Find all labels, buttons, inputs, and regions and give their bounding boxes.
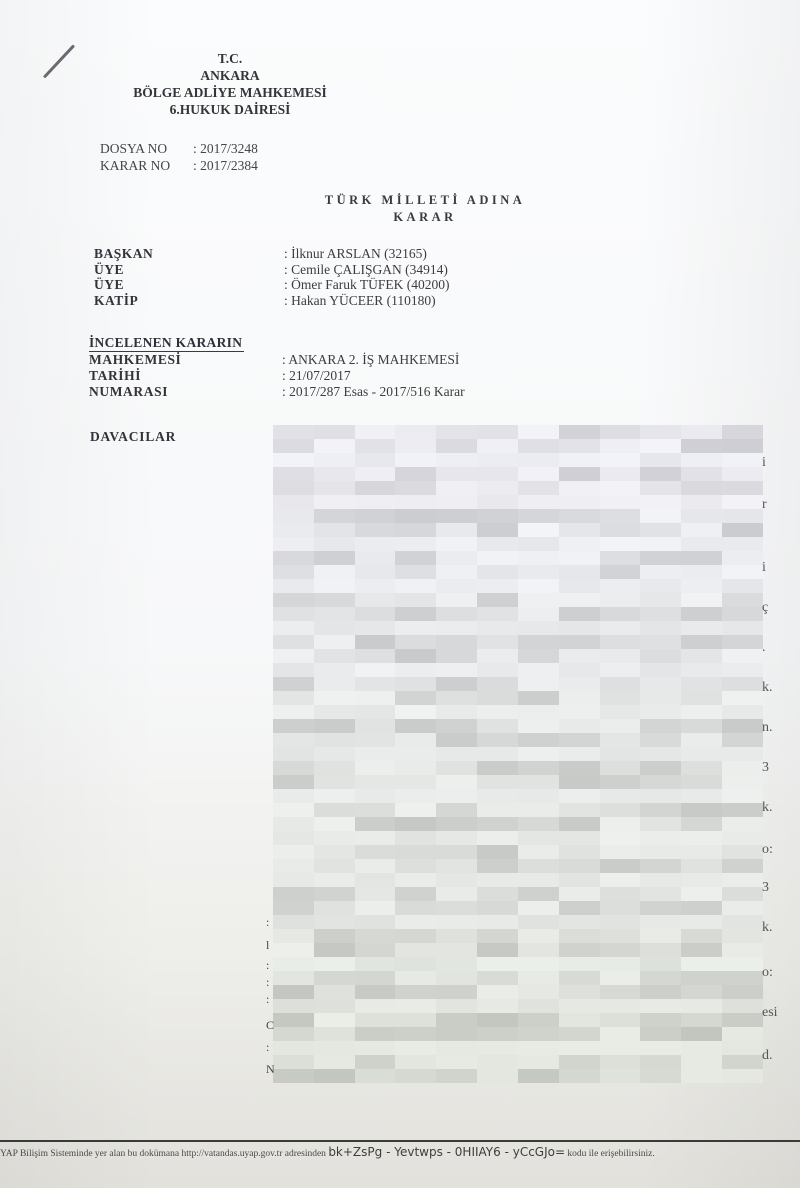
redaction-pixel: [640, 551, 681, 565]
redaction-pixel: [477, 635, 518, 649]
redaction-pixel: [640, 1055, 681, 1069]
redaction-pixel: [640, 929, 681, 943]
redaction-pixel: [395, 579, 436, 593]
redaction-pixel: [600, 817, 641, 831]
redaction-pixel: [436, 985, 477, 999]
redaction-pixel: [395, 901, 436, 915]
file-info: DOSYA NO : 2017/3248 KARAR NO : 2017/238…: [100, 140, 258, 174]
redaction-pixel: [477, 845, 518, 859]
redaction-pixel: [559, 579, 600, 593]
redaction-pixel: [477, 915, 518, 929]
redaction-pixel: [395, 705, 436, 719]
redaction-pixel: [273, 887, 314, 901]
redaction-pixel: [355, 817, 396, 831]
redaction-pixel: [273, 957, 314, 971]
redaction-pixel: [273, 593, 314, 607]
left-text-fragment: :: [266, 915, 269, 930]
redaction-pixel: [314, 747, 355, 761]
edge-text-fragment: ç: [762, 600, 768, 616]
redaction-pixel: [436, 915, 477, 929]
redaction-pixel: [722, 593, 763, 607]
number-label: NUMARASI: [89, 384, 282, 400]
redaction-pixel: [395, 537, 436, 551]
redaction-pixel: [314, 1041, 355, 1055]
redaction-pixel: [314, 775, 355, 789]
redaction-pixel: [477, 1055, 518, 1069]
redaction-pixel: [681, 565, 722, 579]
redaction-pixel: [559, 677, 600, 691]
redaction-pixel: [395, 1069, 436, 1083]
edge-text-fragment: k.: [762, 920, 773, 936]
plaintiffs-label: DAVACILAR: [90, 429, 176, 445]
redaction-pixel: [273, 509, 314, 523]
redaction-pixel: [477, 957, 518, 971]
redaction-pixel: [273, 677, 314, 691]
panel-role: ÜYE: [94, 262, 284, 278]
redaction-pixel: [681, 691, 722, 705]
redaction-pixel: [477, 593, 518, 607]
redaction-pixel: [559, 663, 600, 677]
redaction-pixel: [355, 1013, 396, 1027]
redaction-pixel: [436, 1027, 477, 1041]
redaction-pixel: [395, 831, 436, 845]
redaction-pixel: [477, 761, 518, 775]
redaction-pixel: [355, 999, 396, 1013]
redaction-pixel: [477, 495, 518, 509]
redaction-pixel: [600, 733, 641, 747]
redaction-pixel: [314, 1027, 355, 1041]
redaction-pixel: [477, 901, 518, 915]
edge-text-fragment: .: [762, 640, 766, 656]
redaction-pixel: [314, 803, 355, 817]
redaction-pixel: [681, 971, 722, 985]
redaction-pixel: [355, 747, 396, 761]
redaction-pixel: [518, 579, 559, 593]
redaction-pixel: [600, 551, 641, 565]
redaction-pixel: [681, 425, 722, 439]
redaction-pixel: [600, 607, 641, 621]
redaction-pixel: [518, 845, 559, 859]
redaction-pixel: [477, 929, 518, 943]
redaction-pixel: [477, 523, 518, 537]
edge-text-fragment: n.: [762, 720, 773, 736]
redaction-pixel: [600, 439, 641, 453]
redaction-pixel: [518, 677, 559, 691]
redaction-pixel: [600, 481, 641, 495]
redaction-pixel: [314, 663, 355, 677]
redaction-pixel: [681, 957, 722, 971]
redaction-pixel: [395, 719, 436, 733]
redaction-pixel: [436, 789, 477, 803]
redaction-pixel: [314, 523, 355, 537]
redaction-pixel: [681, 649, 722, 663]
redaction-pixel: [355, 551, 396, 565]
redaction-pixel: [273, 551, 314, 565]
redaction-pixel: [681, 887, 722, 901]
dosya-no-label: DOSYA NO: [100, 140, 193, 157]
redaction-pixel: [314, 593, 355, 607]
redaction-pixel: [518, 691, 559, 705]
redaction-pixel: [436, 1055, 477, 1069]
redaction-pixel: [273, 789, 314, 803]
redaction-pixel: [640, 593, 681, 607]
redaction-pixel: [559, 817, 600, 831]
redaction-pixel: [355, 621, 396, 635]
redaction-pixel: [395, 663, 436, 677]
redaction-pixel: [559, 719, 600, 733]
redaction-pixel: [681, 789, 722, 803]
redaction-pixel: [395, 439, 436, 453]
redaction-pixel: [477, 775, 518, 789]
redaction-pixel: [314, 915, 355, 929]
redaction-pixel: [355, 971, 396, 985]
redaction-pixel: [436, 761, 477, 775]
redaction-pixel: [681, 859, 722, 873]
redaction-pixel: [600, 999, 641, 1013]
redaction-pixel: [273, 971, 314, 985]
redaction-pixel: [314, 453, 355, 467]
redaction-pixel: [518, 593, 559, 607]
redaction-pixel: [559, 733, 600, 747]
redaction-pixel: [722, 1055, 763, 1069]
redaction-pixel: [600, 831, 641, 845]
redaction-pixel: [600, 593, 641, 607]
redaction-pixel: [355, 439, 396, 453]
redaction-pixel: [518, 1055, 559, 1069]
panel-name: : İlknur ARSLAN (32165): [284, 246, 427, 262]
redaction-pixel: [436, 859, 477, 873]
redaction-pixel: [722, 789, 763, 803]
redaction-pixel: [477, 425, 518, 439]
left-text-fragment: :: [266, 992, 269, 1007]
redaction-pixel: [518, 887, 559, 901]
redaction-pixel: [640, 481, 681, 495]
redaction-pixel: [395, 551, 436, 565]
panel-row: BAŞKAN : İlknur ARSLAN (32165): [94, 246, 449, 262]
redaction-pixel: [722, 551, 763, 565]
redaction-pixel: [518, 1041, 559, 1055]
redaction-pixel: [395, 1041, 436, 1055]
redaction-pixel: [436, 495, 477, 509]
edge-text-fragment: k.: [762, 680, 773, 696]
redaction-pixel: [273, 943, 314, 957]
redaction-pixel: [722, 1069, 763, 1083]
header-chamber: 6.HUKUK DAİRESİ: [100, 101, 360, 118]
redaction-pixel: [559, 453, 600, 467]
redaction-pixel: [722, 929, 763, 943]
redaction-pixel: [518, 649, 559, 663]
edge-text-fragment: o:: [762, 842, 773, 858]
redaction-pixel: [518, 957, 559, 971]
redaction-pixel: [436, 551, 477, 565]
redaction-pixel: [722, 705, 763, 719]
redaction-pixel: [559, 943, 600, 957]
redaction-pixel: [273, 733, 314, 747]
redaction-pixel: [436, 523, 477, 537]
redaction-pixel: [436, 1013, 477, 1027]
redaction-pixel: [518, 453, 559, 467]
redaction-pixel: [640, 887, 681, 901]
redaction-pixel: [477, 747, 518, 761]
redaction-pixel: [559, 425, 600, 439]
redaction-pixel: [681, 481, 722, 495]
redaction-pixel: [722, 971, 763, 985]
redaction-pixel: [681, 579, 722, 593]
redaction-pixel: [722, 481, 763, 495]
redaction-pixel: [640, 873, 681, 887]
redaction-pixel: [477, 509, 518, 523]
redaction-pixel: [559, 831, 600, 845]
redaction-pixel: [477, 1041, 518, 1055]
redaction-pixel: [722, 523, 763, 537]
redaction-pixel: [355, 635, 396, 649]
redaction-pixel: [477, 985, 518, 999]
redaction-pixel: [518, 495, 559, 509]
redaction-pixel: [640, 691, 681, 705]
redaction-pixel: [395, 985, 436, 999]
decision-title: TÜRK MİLLETİ ADINA KARAR: [240, 192, 610, 226]
redaction-pixel: [518, 509, 559, 523]
title-line-2: KARAR: [240, 209, 610, 226]
redaction-pixel: [559, 593, 600, 607]
redaction-pixel: [314, 985, 355, 999]
redaction-pixel: [681, 663, 722, 677]
redaction-pixel: [436, 803, 477, 817]
redaction-pixel: [314, 607, 355, 621]
redaction-pixel: [477, 537, 518, 551]
footer-prefix: YAP Bilişim Sisteminde yer alan bu doküm…: [0, 1149, 326, 1159]
redaction-pixel: [395, 845, 436, 859]
redaction-pixel: [559, 691, 600, 705]
header-tc: T.C.: [100, 50, 360, 67]
redaction-pixel: [640, 943, 681, 957]
redaction-pixel: [722, 425, 763, 439]
redaction-pixel: [681, 1069, 722, 1083]
redaction-pixel: [273, 915, 314, 929]
redaction-pixel: [436, 663, 477, 677]
redaction-pixel: [559, 537, 600, 551]
redaction-pixel: [395, 1013, 436, 1027]
redaction-pixel: [600, 873, 641, 887]
redaction-pixel: [722, 439, 763, 453]
redaction-pixel: [273, 1055, 314, 1069]
redaction-pixel: [436, 845, 477, 859]
redaction-pixel: [640, 467, 681, 481]
redaction-pixel: [559, 999, 600, 1013]
redaction-pixel: [314, 579, 355, 593]
redaction-pixel: [640, 439, 681, 453]
redaction-pixel: [518, 985, 559, 999]
redaction-pixel: [640, 789, 681, 803]
redaction-pixel: [518, 747, 559, 761]
redaction-pixel: [273, 999, 314, 1013]
redaction-pixel: [518, 635, 559, 649]
reviewed-heading: İNCELENEN KARARIN: [89, 335, 244, 352]
redaction-pixel: [477, 467, 518, 481]
redaction-pixel: [559, 747, 600, 761]
redaction-pixel: [436, 453, 477, 467]
court-value: : ANKARA 2. İŞ MAHKEMESİ: [282, 352, 459, 368]
redaction-pixel: [436, 439, 477, 453]
redaction-pixel: [395, 971, 436, 985]
redaction-pixel: [355, 481, 396, 495]
redaction-pixel: [722, 761, 763, 775]
redaction-pixel: [314, 901, 355, 915]
redaction-pixel: [436, 677, 477, 691]
panel-role: ÜYE: [94, 277, 284, 293]
redaction-pixel: [559, 1055, 600, 1069]
redaction-pixel: [477, 817, 518, 831]
panel-name: : Hakan YÜCEER (110180): [284, 293, 436, 309]
redaction-pixel: [600, 537, 641, 551]
redaction-pixel: [436, 831, 477, 845]
redaction-pixel: [722, 579, 763, 593]
redaction-pixel: [477, 579, 518, 593]
redaction-pixel: [355, 495, 396, 509]
redaction-pixel: [436, 705, 477, 719]
redaction-pixel: [600, 579, 641, 593]
redaction-pixel: [314, 537, 355, 551]
redaction-pixel: [395, 999, 436, 1013]
redaction-pixel: [600, 761, 641, 775]
redaction-pixel: [640, 817, 681, 831]
redaction-pixel: [518, 915, 559, 929]
redaction-pixel: [681, 635, 722, 649]
edge-text-fragment: esi: [762, 1005, 778, 1021]
redaction-pixel: [273, 523, 314, 537]
redaction-pixel: [722, 467, 763, 481]
redaction-pixel: [600, 635, 641, 649]
redaction-pixel: [436, 537, 477, 551]
redaction-pixel: [355, 915, 396, 929]
redaction-pixel: [681, 537, 722, 551]
redaction-pixel: [314, 551, 355, 565]
redaction-pixel: [681, 1055, 722, 1069]
judge-panel: BAŞKAN : İlknur ARSLAN (32165) ÜYE : Cem…: [94, 246, 449, 308]
redaction-pixel: [600, 705, 641, 719]
redaction-pixel: [722, 663, 763, 677]
redaction-pixel: [722, 509, 763, 523]
redaction-pixel: [681, 607, 722, 621]
redaction-pixel: [395, 1027, 436, 1041]
redaction-pixel: [355, 579, 396, 593]
redaction-pixel: [681, 817, 722, 831]
redaction-pixel: [681, 1013, 722, 1027]
redaction-pixel: [518, 425, 559, 439]
redaction-pixel: [477, 565, 518, 579]
redaction-pixel: [395, 425, 436, 439]
redaction-pixel: [273, 803, 314, 817]
redaction-pixel: [559, 481, 600, 495]
number-value: : 2017/287 Esas - 2017/516 Karar: [282, 384, 465, 400]
redaction-pixel: [681, 901, 722, 915]
redaction-pixel: [273, 1027, 314, 1041]
edge-text-fragment: o:: [762, 965, 773, 981]
redaction-pixel: [314, 1055, 355, 1069]
redaction-pixel: [518, 467, 559, 481]
redaction-pixel: [273, 873, 314, 887]
redaction-pixel: [559, 551, 600, 565]
redaction-pixel: [395, 873, 436, 887]
panel-row: KATİP : Hakan YÜCEER (110180): [94, 293, 449, 309]
redaction-pixel: [681, 705, 722, 719]
redaction-pixel: [518, 551, 559, 565]
redaction-pixel: [681, 1027, 722, 1041]
redaction-pixel: [600, 747, 641, 761]
redaction-pixel: [355, 887, 396, 901]
panel-row: ÜYE : Cemile ÇALIŞGAN (34914): [94, 262, 449, 278]
redaction-pixel: [681, 733, 722, 747]
redaction-pixel: [355, 985, 396, 999]
redaction-pixel: [314, 621, 355, 635]
redaction-pixel: [681, 761, 722, 775]
redaction-pixel: [436, 565, 477, 579]
uyap-footer: YAP Bilişim Sisteminde yer alan bu doküm…: [0, 1145, 800, 1159]
redaction-pixel: [640, 1041, 681, 1055]
redaction-pixel: [640, 803, 681, 817]
redaction-pixel: [355, 677, 396, 691]
redaction-pixel: [314, 845, 355, 859]
redaction-pixel: [314, 1013, 355, 1027]
redaction-pixel: [600, 929, 641, 943]
redaction-pixel: [640, 915, 681, 929]
redaction-pixel: [559, 873, 600, 887]
redaction-pixel: [395, 635, 436, 649]
redaction-pixel: [600, 859, 641, 873]
redaction-pixel: [395, 733, 436, 747]
redaction-pixel: [273, 621, 314, 635]
redaction-pixel: [681, 453, 722, 467]
redaction-pixel: [518, 481, 559, 495]
redaction-pixel: [436, 607, 477, 621]
redaction-pixel: [395, 817, 436, 831]
redaction-pixel: [477, 453, 518, 467]
redaction-pixel: [314, 1069, 355, 1083]
redaction-pixel: [395, 453, 436, 467]
redaction-pixel: [559, 467, 600, 481]
redaction-pixel: [477, 663, 518, 677]
redaction-pixel: [518, 789, 559, 803]
redaction-pixel: [395, 803, 436, 817]
redaction-pixel: [395, 747, 436, 761]
redaction-pixel: [355, 859, 396, 873]
redaction-pixel: [559, 607, 600, 621]
redaction-pixel: [681, 929, 722, 943]
redaction-pixel: [518, 705, 559, 719]
redaction-pixel: [600, 845, 641, 859]
redaction-pixel: [355, 873, 396, 887]
redaction-pixel: [722, 691, 763, 705]
redaction-pixel: [640, 579, 681, 593]
redaction-pixel: [314, 733, 355, 747]
redaction-pixel: [273, 663, 314, 677]
redaction-pixel: [640, 1027, 681, 1041]
redaction-pixel: [355, 663, 396, 677]
redaction-pixel: [559, 775, 600, 789]
redaction-pixel: [395, 859, 436, 873]
redaction-pixel: [722, 747, 763, 761]
redaction-pixel: [559, 957, 600, 971]
redaction-pixel: [314, 495, 355, 509]
court-label: MAHKEMESİ: [89, 352, 282, 368]
redaction-pixel: [395, 495, 436, 509]
redaction-pixel: [722, 607, 763, 621]
redaction-pixel: [559, 985, 600, 999]
redaction-pixel: [395, 929, 436, 943]
panel-role: BAŞKAN: [94, 246, 284, 262]
redaction-pixel: [477, 887, 518, 901]
redaction-pixel: [477, 971, 518, 985]
